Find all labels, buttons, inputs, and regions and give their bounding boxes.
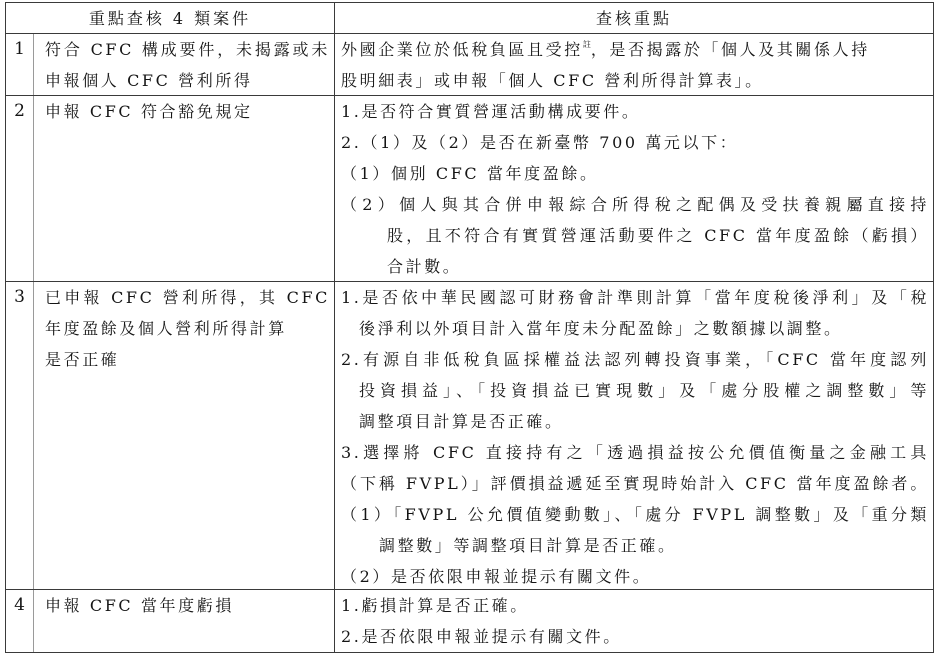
header-key-points: 查核重點: [335, 3, 933, 33]
key-point-line: 1.虧損計算是否正確。: [341, 590, 929, 621]
key-point-line: 後淨利以外項目計入當年度未分配盈餘」之數額據以調整。: [341, 313, 929, 344]
row-number: 3: [6, 282, 34, 589]
case-item-line: 年度盈餘及個人營利所得計算: [45, 313, 330, 344]
table-header-row: 重點查核 4 類案件 查核重點: [6, 3, 933, 34]
key-points: 1.虧損計算是否正確。 2.是否依限申報並提示有關文件。: [335, 590, 933, 652]
key-point-line: （2）個人與其合併申報綜合所得稅之配偶及受扶養親屬直接持: [341, 189, 929, 220]
key-point-line: 調整項目計算是否正確。: [341, 406, 929, 437]
case-item-line: 申報 CFC 符合豁免規定: [45, 96, 330, 127]
case-item-line: 已申報 CFC 營利所得，其 CFC 當: [45, 282, 330, 313]
footnote-marker: 註: [583, 40, 591, 49]
row-number: 1: [6, 34, 34, 95]
case-item: 已申報 CFC 營利所得，其 CFC 當 年度盈餘及個人營利所得計算 是否正確: [34, 282, 335, 589]
key-points: 1.是否符合實質營運活動構成要件。 2.（1）及（2）是否在新臺幣 700 萬元…: [335, 96, 933, 281]
key-point-text: ，是否揭露於「個人及其關係人持: [591, 40, 870, 59]
key-point-line: 合計數。: [341, 251, 929, 282]
table-row: 2 申報 CFC 符合豁免規定 1.是否符合實質營運活動構成要件。 2.（1）及…: [6, 96, 933, 282]
key-point-line: 2.有源自非低稅負區採權益法認列轉投資事業，「CFC 當年度認列: [341, 344, 929, 375]
key-point-text: 外國企業位於低稅負區且受控: [341, 40, 583, 59]
key-points: 1.是否依中華民國認可財務會計準則計算「當年度稅後淨利」及「稅 後淨利以外項目計…: [335, 282, 933, 589]
header-cases: 重點查核 4 類案件: [6, 3, 335, 33]
key-point-line: 股明細表」或申報「個人 CFC 營利所得計算表」。: [341, 65, 929, 96]
table-row: 3 已申報 CFC 營利所得，其 CFC 當 年度盈餘及個人營利所得計算 是否正…: [6, 282, 933, 590]
key-point-line: 調整數」等調整項目計算是否正確。: [341, 530, 929, 561]
key-point-line: （2）是否依限申報並提示有關文件。: [341, 561, 929, 592]
case-item-line: 申報個人 CFC 營利所得: [45, 65, 330, 96]
case-item: 申報 CFC 符合豁免規定: [34, 96, 335, 281]
key-point-line: 1.是否依中華民國認可財務會計準則計算「當年度稅後淨利」及「稅: [341, 282, 929, 313]
case-item-line: 是否正確: [45, 344, 330, 375]
key-point-line: （1）「FVPL 公允價值變動數」、「處分 FVPL 調整數」及「重分類 FVP…: [341, 499, 929, 530]
key-point-line: 股，且不符合有實質營運活動要件之 CFC 當年度盈餘（虧損）: [341, 220, 929, 251]
table-row: 4 申報 CFC 當年度虧損 1.虧損計算是否正確。 2.是否依限申報並提示有關…: [6, 590, 933, 652]
key-point-line: （1）個別 CFC 當年度盈餘。: [341, 158, 929, 189]
key-point-line: 2.是否依限申報並提示有關文件。: [341, 621, 929, 652]
case-item-line: 符合 CFC 構成要件，未揭露或未: [45, 34, 330, 65]
key-point-line: 2.（1）及（2）是否在新臺幣 700 萬元以下：: [341, 127, 929, 158]
key-point-line: 1.是否符合實質營運活動構成要件。: [341, 96, 929, 127]
key-point-line: 3.選擇將 CFC 直接持有之「透過損益按公允價值衡量之金融工具: [341, 437, 929, 468]
audit-cases-table: 重點查核 4 類案件 查核重點 1 符合 CFC 構成要件，未揭露或未 申報個人…: [5, 2, 934, 653]
case-item-line: 申報 CFC 當年度虧損: [45, 590, 330, 621]
table-row: 1 符合 CFC 構成要件，未揭露或未 申報個人 CFC 營利所得 外國企業位於…: [6, 34, 933, 96]
row-number: 4: [6, 590, 34, 652]
case-item: 申報 CFC 當年度虧損: [34, 590, 335, 652]
row-number: 2: [6, 96, 34, 281]
key-point-line: 外國企業位於低稅負區且受控註，是否揭露於「個人及其關係人持: [341, 34, 929, 65]
case-item: 符合 CFC 構成要件，未揭露或未 申報個人 CFC 營利所得: [34, 34, 335, 95]
key-point-line: （下稱 FVPL）」評價損益遞延至實現時始計入 CFC 當年度盈餘者。: [341, 468, 929, 499]
key-point-line: 投資損益」、「投資損益已實現數」及「處分股權之調整數」等: [341, 375, 929, 406]
key-points: 外國企業位於低稅負區且受控註，是否揭露於「個人及其關係人持 股明細表」或申報「個…: [335, 34, 933, 95]
